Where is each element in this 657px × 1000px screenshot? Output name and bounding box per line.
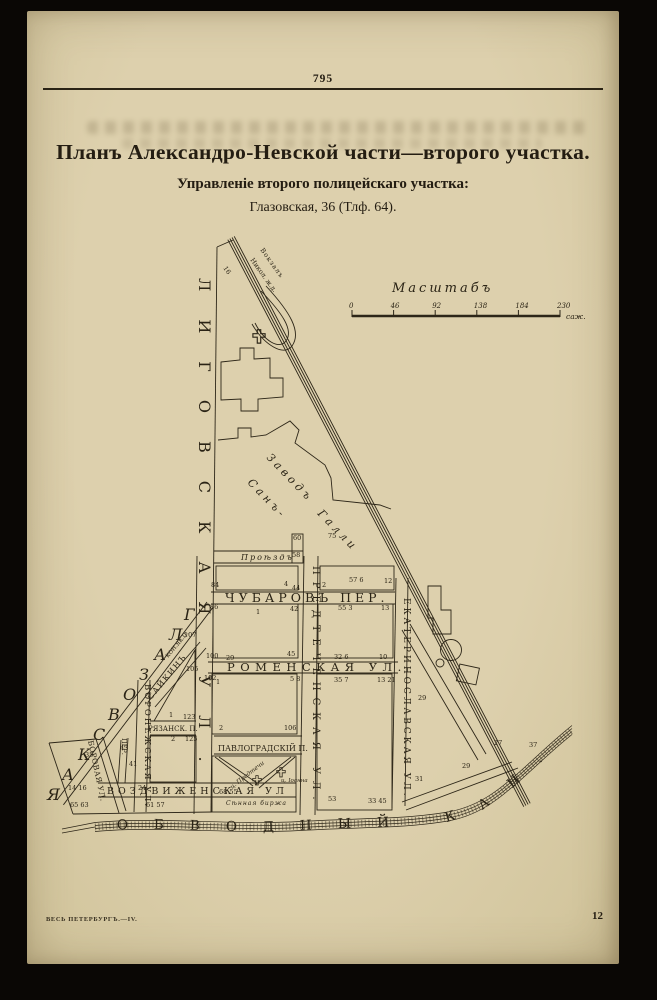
house-number: 12	[384, 577, 392, 585]
house-number: 35 7	[334, 676, 348, 684]
house-number: 29	[226, 654, 234, 662]
map-label: А	[61, 765, 74, 784]
house-number: 32 6	[334, 653, 348, 661]
house-number: 33 45	[368, 797, 387, 805]
scale-tick-label: 0	[349, 302, 354, 310]
canal-label: ОБВОДНЫЙ КАН.	[117, 734, 565, 835]
house-number: 2	[322, 581, 326, 589]
house-number: 53	[328, 795, 336, 803]
house-number: 1	[256, 608, 260, 616]
canal-label-text: ОБВОДНЫЙ КАН.	[117, 734, 565, 835]
map-label: ЕКАТЕРИНОСЛАВСКАЯ УЛ.	[401, 598, 411, 799]
scanned-book-page: { "page": { "number_top": "795", "footer…	[0, 0, 657, 1000]
map-label: О	[123, 685, 136, 704]
map-label: Проѣздъ	[240, 553, 294, 562]
house-number: 2	[219, 724, 223, 732]
house-number: 43	[120, 744, 128, 752]
house-number: 75	[328, 532, 336, 540]
map-buildings	[218, 348, 479, 685]
map-label: Масштабъ	[391, 281, 493, 296]
map-label: З	[139, 665, 149, 684]
scale-tick-label: 46	[390, 302, 400, 310]
house-number: 27	[494, 739, 502, 747]
church-cross-icon	[253, 330, 265, 343]
house-number: 42	[290, 605, 298, 613]
house-number: 65 63	[70, 801, 89, 809]
scale-tick-label: 230	[556, 302, 571, 310]
house-number: 106	[284, 724, 296, 732]
house-number: 1	[216, 678, 220, 686]
map-label: А	[153, 645, 166, 664]
house-number: 10	[379, 653, 387, 661]
scale-bar: 04692138184230 саж.	[349, 302, 586, 321]
house-number: 100	[206, 652, 218, 660]
map-label: ВОЗДВИЖЕНСКАЯ УЛ	[107, 786, 288, 797]
house-number: 84	[211, 581, 219, 589]
district-map: ОБВОДНЫЙ КАН.	[0, 0, 657, 1000]
house-number: 45	[287, 650, 295, 658]
house-number: 13 21	[377, 676, 396, 684]
house-number: 5 8	[290, 675, 300, 683]
map-label: Санъ-	[245, 476, 290, 522]
house-number: 125	[185, 735, 197, 743]
house-number: 1	[169, 711, 173, 719]
map-label: Сѣнная биржа	[226, 800, 287, 807]
scale-tick-label: 138	[474, 302, 488, 310]
house-number: 44	[292, 584, 300, 592]
map-label: ЧУБАРОВЪ ПЕР.	[225, 590, 389, 605]
scale-unit: саж.	[566, 312, 586, 321]
house-number: 58	[292, 551, 300, 559]
house-number: 107	[184, 631, 196, 639]
house-number: 105	[186, 665, 198, 673]
house-number: 35	[85, 751, 93, 759]
map-label: ц. Іоанна	[281, 778, 308, 784]
house-number: 55 3	[338, 604, 352, 612]
house-number: 57 6	[349, 576, 363, 584]
house-number: 60	[293, 534, 301, 542]
map-label: САЙКИНЪ	[146, 652, 189, 701]
house-number: 2	[171, 735, 175, 743]
map-label: ЛИГОВСКАЯ УЛ.	[195, 278, 214, 790]
house-number: 102	[204, 674, 216, 682]
street-labels: ЛИГОВСКАЯ УЛ.ПРЕДТЕЧЕНСКАЯ УЛ.ЕКАТЕРИНОС…	[46, 246, 493, 808]
scale-tick-label: 184	[515, 302, 528, 310]
house-number: 13	[381, 604, 389, 612]
map-label: Галли	[314, 506, 360, 553]
house-number: 41	[129, 760, 137, 768]
house-number: 31	[415, 775, 423, 783]
map-label: РЯЗАНСК. П.	[148, 725, 198, 733]
scale-ticks: 04692138184230	[349, 302, 571, 317]
map-label: Г	[183, 605, 196, 624]
map-label: В	[107, 705, 120, 724]
house-number: 86	[210, 603, 218, 611]
house-number: 24	[138, 784, 146, 792]
map-label: Я	[46, 785, 61, 804]
house-number: 29	[462, 762, 470, 770]
house-number: 14 16	[68, 784, 87, 792]
map-label: ПАВЛОГРАДСКІЙ П.	[218, 744, 308, 753]
house-number: 4	[284, 580, 288, 588]
railway-nikolaevskaya	[217, 236, 530, 806]
house-number: 29	[418, 694, 426, 702]
house-number: 123	[183, 713, 195, 721]
house-number: 68 55	[219, 788, 238, 796]
map-label: РОМЕНСКАЯ УЛ.	[227, 660, 407, 674]
scale-tick-label: 92	[432, 302, 441, 310]
house-number: 61 57	[146, 801, 165, 809]
house-number: 16	[221, 265, 232, 276]
house-number: 37	[529, 741, 537, 749]
